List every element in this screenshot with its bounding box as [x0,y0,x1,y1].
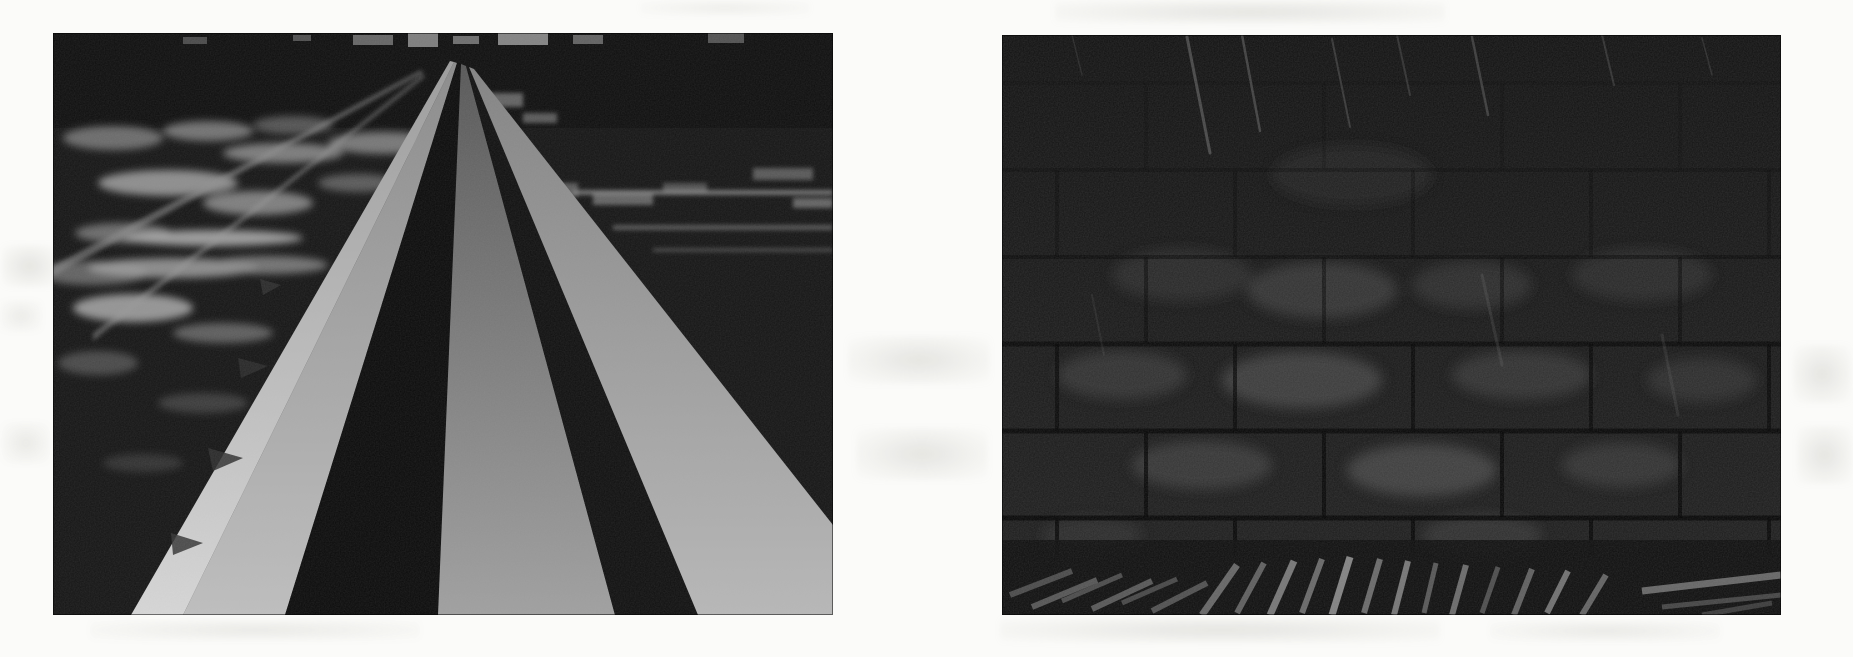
grain-overlay [1002,35,1781,615]
page-bleedthrough-smudge [640,0,810,16]
scanned-page [0,0,1853,657]
page-bleedthrough-smudge [1055,0,1445,24]
page-bleedthrough-smudge [848,336,990,384]
page-bleedthrough-smudge [1793,345,1851,403]
page-bleedthrough-smudge [1490,620,1720,642]
block-wall-illustration [1002,35,1781,615]
page-bleedthrough-smudge [1000,617,1440,643]
grain-overlay [53,33,833,615]
page-bleedthrough-smudge [2,422,50,464]
page-bleedthrough-smudge [2,245,57,287]
right-photo-block-wall [1002,35,1781,615]
left-photo-concrete-beams [53,33,833,615]
page-bleedthrough-smudge [0,300,42,332]
page-bleedthrough-smudge [856,428,988,480]
page-bleedthrough-smudge [90,619,420,641]
concrete-beams-illustration [53,33,833,615]
page-bleedthrough-smudge [1797,426,1852,484]
